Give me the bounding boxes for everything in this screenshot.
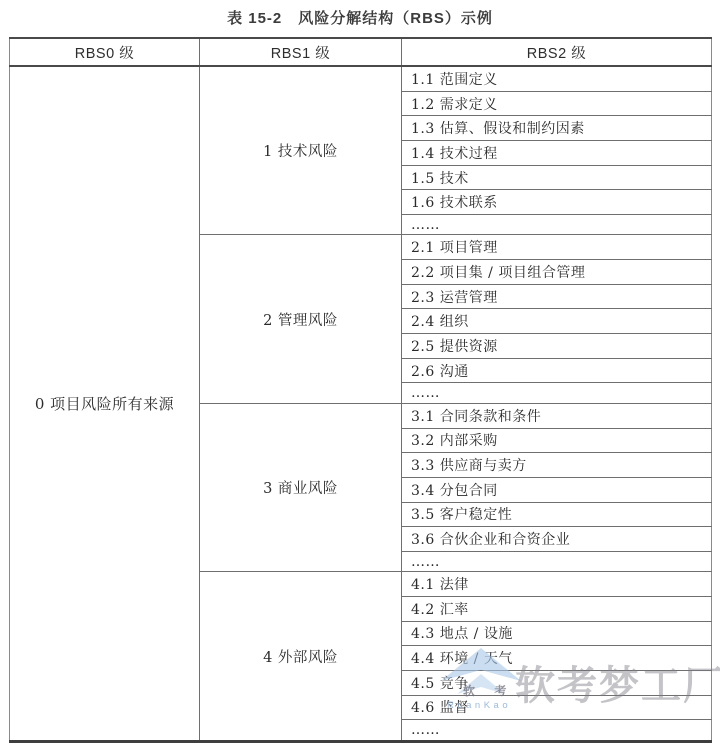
rbs2-cell: 3.3 供应商与卖方 bbox=[402, 453, 712, 478]
rbs2-cell: 2.2 项目集 / 项目组合管理 bbox=[402, 260, 712, 285]
rbs2-cell: 1.3 估算、假设和制约因素 bbox=[402, 116, 712, 141]
rbs2-cell: 3.6 合伙企业和合资企业 bbox=[402, 527, 712, 552]
rbs2-cell: 1.1 范围定义 bbox=[402, 66, 712, 91]
rbs1-cell-management: 2 管理风险 bbox=[200, 235, 402, 403]
col-header-rbs2: RBS2 级 bbox=[402, 38, 712, 66]
rbs2-cell: 4.6 监督 bbox=[402, 695, 712, 720]
rbs2-cell: 4.3 地点 / 设施 bbox=[402, 621, 712, 646]
rbs2-cell: 1.4 技术过程 bbox=[402, 141, 712, 166]
rbs2-cell: 3.4 分包合同 bbox=[402, 477, 712, 502]
rbs2-cell: 2.4 组织 bbox=[402, 309, 712, 334]
rbs2-cell: 2.5 提供资源 bbox=[402, 334, 712, 359]
col-header-rbs1: RBS1 级 bbox=[200, 38, 402, 66]
col-header-rbs0: RBS0 级 bbox=[10, 38, 200, 66]
rbs2-cell: 1.2 需求定义 bbox=[402, 91, 712, 116]
rbs2-cell: …… bbox=[402, 383, 712, 403]
rbs-table: RBS0 级 RBS1 级 RBS2 级 0 项目风险所有来源 1 技术风险 1… bbox=[9, 37, 712, 743]
rbs2-cell: 3.1 合同条款和条件 bbox=[402, 403, 712, 428]
rbs2-cell: 3.5 客户稳定性 bbox=[402, 502, 712, 527]
rbs2-cell: 1.5 技术 bbox=[402, 165, 712, 190]
rbs2-cell: 4.1 法律 bbox=[402, 572, 712, 597]
rbs1-cell-technical: 1 技术风险 bbox=[200, 66, 402, 235]
table-header-row: RBS0 级 RBS1 级 RBS2 级 bbox=[10, 38, 712, 66]
rbs2-cell: 4.4 环境 / 天气 bbox=[402, 646, 712, 671]
rbs2-cell: 4.5 竞争 bbox=[402, 670, 712, 695]
rbs2-cell: …… bbox=[402, 215, 712, 235]
rbs2-cell: …… bbox=[402, 720, 712, 742]
rbs2-cell: 2.3 运营管理 bbox=[402, 284, 712, 309]
table-title: 表 15-2 风险分解结构（RBS）示例 bbox=[0, 7, 720, 28]
rbs2-cell: 2.6 沟通 bbox=[402, 358, 712, 383]
rbs1-cell-commercial: 3 商业风险 bbox=[200, 403, 402, 571]
rbs2-cell: 3.2 内部采购 bbox=[402, 428, 712, 453]
rbs2-cell: 1.6 技术联系 bbox=[402, 190, 712, 215]
rbs1-cell-external: 4 外部风险 bbox=[200, 572, 402, 742]
rbs2-cell: 2.1 项目管理 bbox=[402, 235, 712, 260]
rbs0-cell: 0 项目风险所有来源 bbox=[10, 66, 200, 742]
rbs2-cell: 4.2 汇率 bbox=[402, 596, 712, 621]
rbs2-cell: …… bbox=[402, 551, 712, 571]
table-row: 0 项目风险所有来源 1 技术风险 1.1 范围定义 bbox=[10, 66, 712, 91]
